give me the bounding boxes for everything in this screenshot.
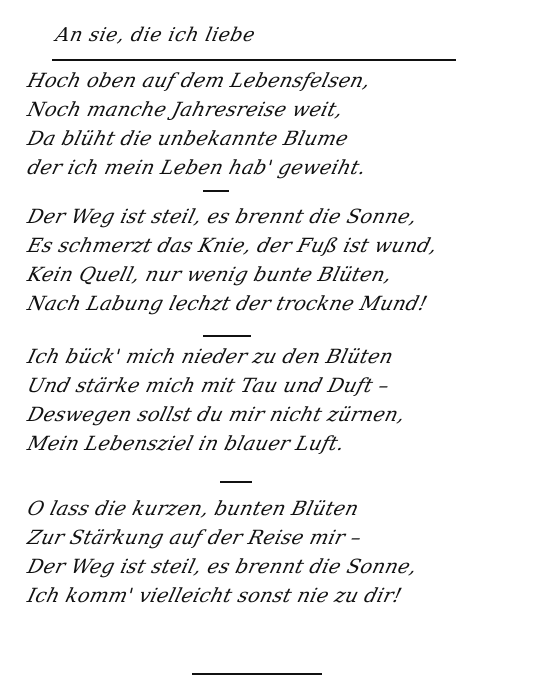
poem-line: Ich komm' vielleicht sonst nie zu dir! — [24, 581, 531, 610]
poem-line: Mein Lebensziel in blauer Luft. — [24, 429, 531, 458]
stanza-separator — [203, 190, 229, 192]
stanza-3: Ich bück' mich nieder zu den Blüten Und … — [28, 342, 528, 458]
poem-line: O lass die kurzen, bunten Blüten — [24, 494, 531, 523]
title-underline — [52, 59, 456, 61]
stanza-separator — [203, 335, 251, 337]
poem-line: Es schmerzt das Knie, der Fuß ist wund, — [24, 231, 531, 260]
poem-line: Ich bück' mich nieder zu den Blüten — [24, 342, 531, 371]
poem-line: Nach Labung lechzt der trockne Mund! — [24, 289, 531, 318]
poem-line: Zur Stärkung auf der Reise mir – — [24, 523, 531, 552]
poem-line: Der Weg ist steil, es brennt die Sonne, — [24, 202, 531, 231]
poem-line: Deswegen sollst du mir nicht zürnen, — [24, 400, 531, 429]
stanza-2: Der Weg ist steil, es brennt die Sonne, … — [28, 202, 528, 318]
end-rule — [192, 673, 322, 675]
poem-line: Hoch oben auf dem Lebensfelsen, — [24, 66, 531, 95]
poem-line: der ich mein Leben hab' geweiht. — [24, 153, 531, 182]
stanza-4: O lass die kurzen, bunten Blüten Zur Stä… — [28, 494, 528, 610]
poem-line: Der Weg ist steil, es brennt die Sonne, — [24, 552, 531, 581]
poem-title: An sie, die ich liebe — [54, 24, 258, 46]
handwritten-poem-page: An sie, die ich liebe Hoch oben auf dem … — [0, 0, 551, 700]
stanza-1: Hoch oben auf dem Lebensfelsen, Noch man… — [28, 66, 528, 182]
stanza-separator — [220, 481, 252, 483]
poem-line: Noch manche Jahresreise weit, — [24, 95, 531, 124]
poem-line: Und stärke mich mit Tau und Duft – — [24, 371, 531, 400]
poem-line: Kein Quell, nur wenig bunte Blüten, — [24, 260, 531, 289]
poem-line: Da blüht die unbekannte Blume — [24, 124, 531, 153]
